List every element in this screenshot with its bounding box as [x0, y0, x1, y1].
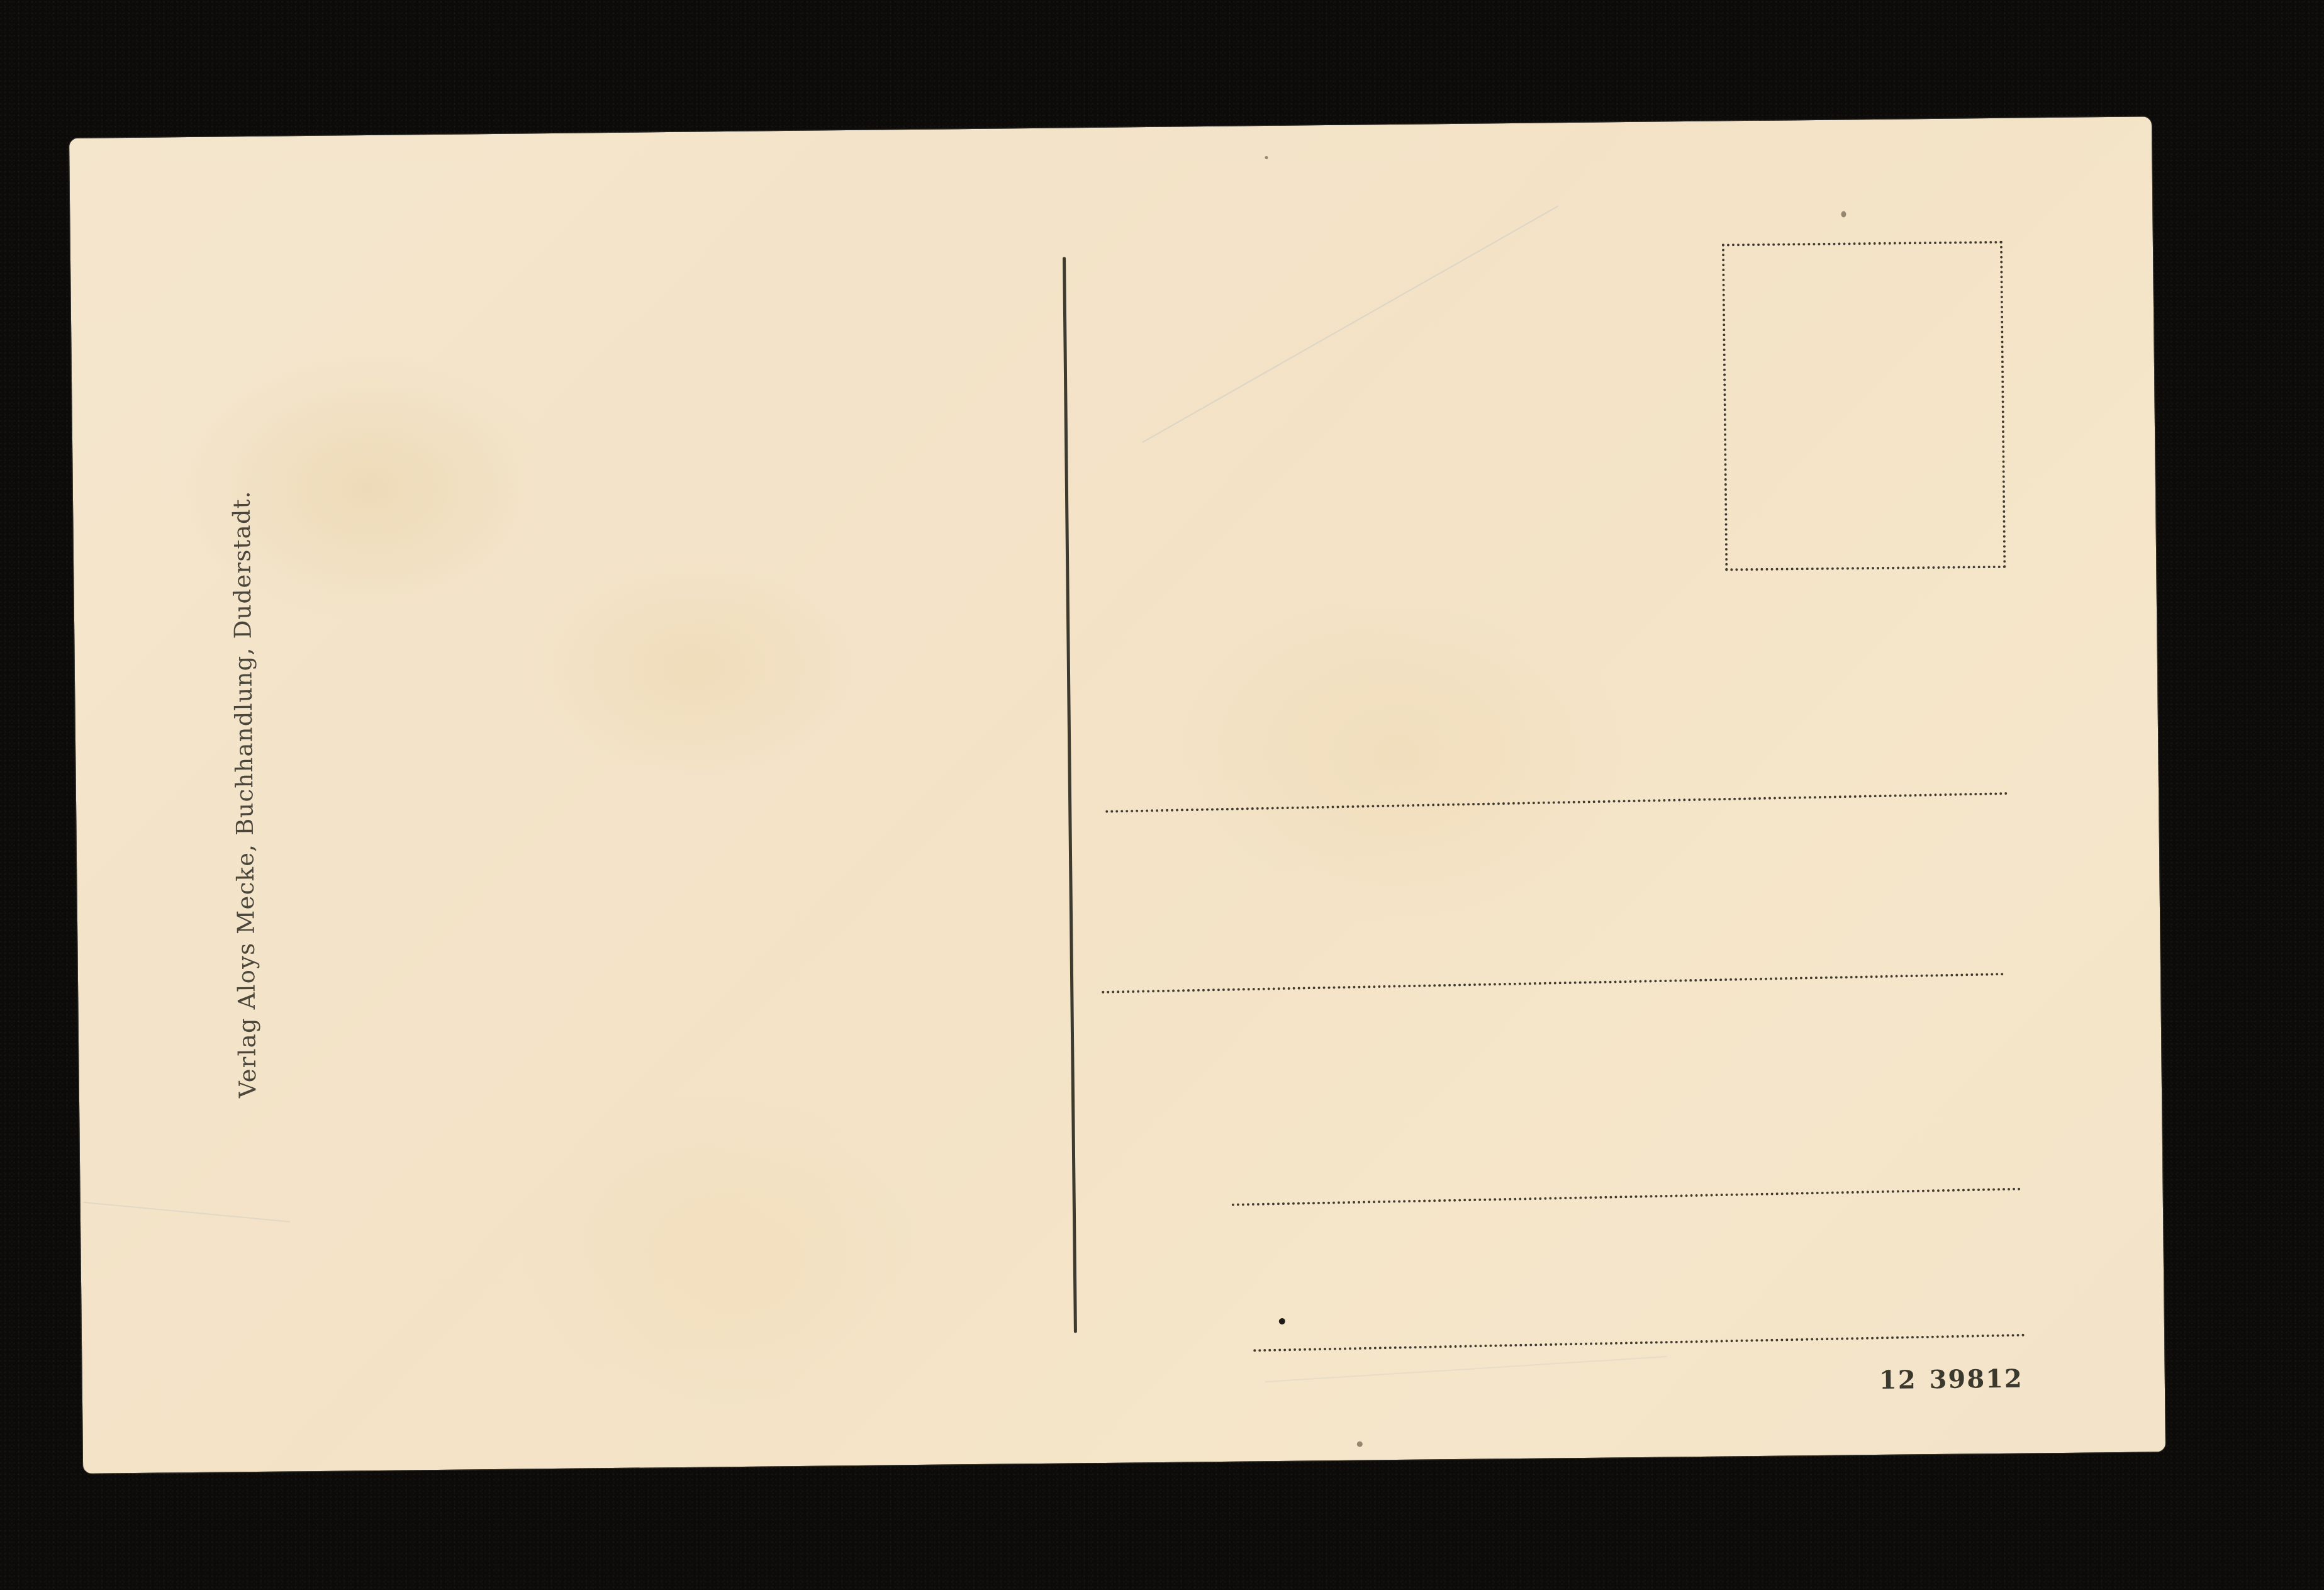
address-line-3 — [1232, 1188, 2021, 1206]
paper-speck — [1265, 156, 1268, 159]
paper-crease — [1142, 206, 1558, 443]
card-serial: 39812 — [1929, 1364, 2023, 1395]
address-line-4 — [1253, 1334, 2025, 1352]
card-series: 12 — [1879, 1365, 1917, 1395]
paper-speck — [1357, 1442, 1363, 1447]
publisher-imprint: Verlag Aloys Mecke, Buchhandlung, Duders… — [228, 490, 261, 1098]
address-line-1 — [1105, 792, 2008, 813]
stamp-placement-box — [1722, 241, 2006, 571]
paper-speck — [1841, 211, 1846, 217]
address-line-2 — [1102, 973, 2004, 994]
paper-crease — [84, 1202, 291, 1223]
card-number: 1239812 — [1879, 1364, 2023, 1395]
postcard-back: Verlag Aloys Mecke, Buchhandlung, Duders… — [69, 116, 2165, 1474]
paper-crease — [1265, 1356, 1667, 1382]
center-divider-line — [1063, 257, 1077, 1333]
ink-dot — [1279, 1318, 1285, 1324]
